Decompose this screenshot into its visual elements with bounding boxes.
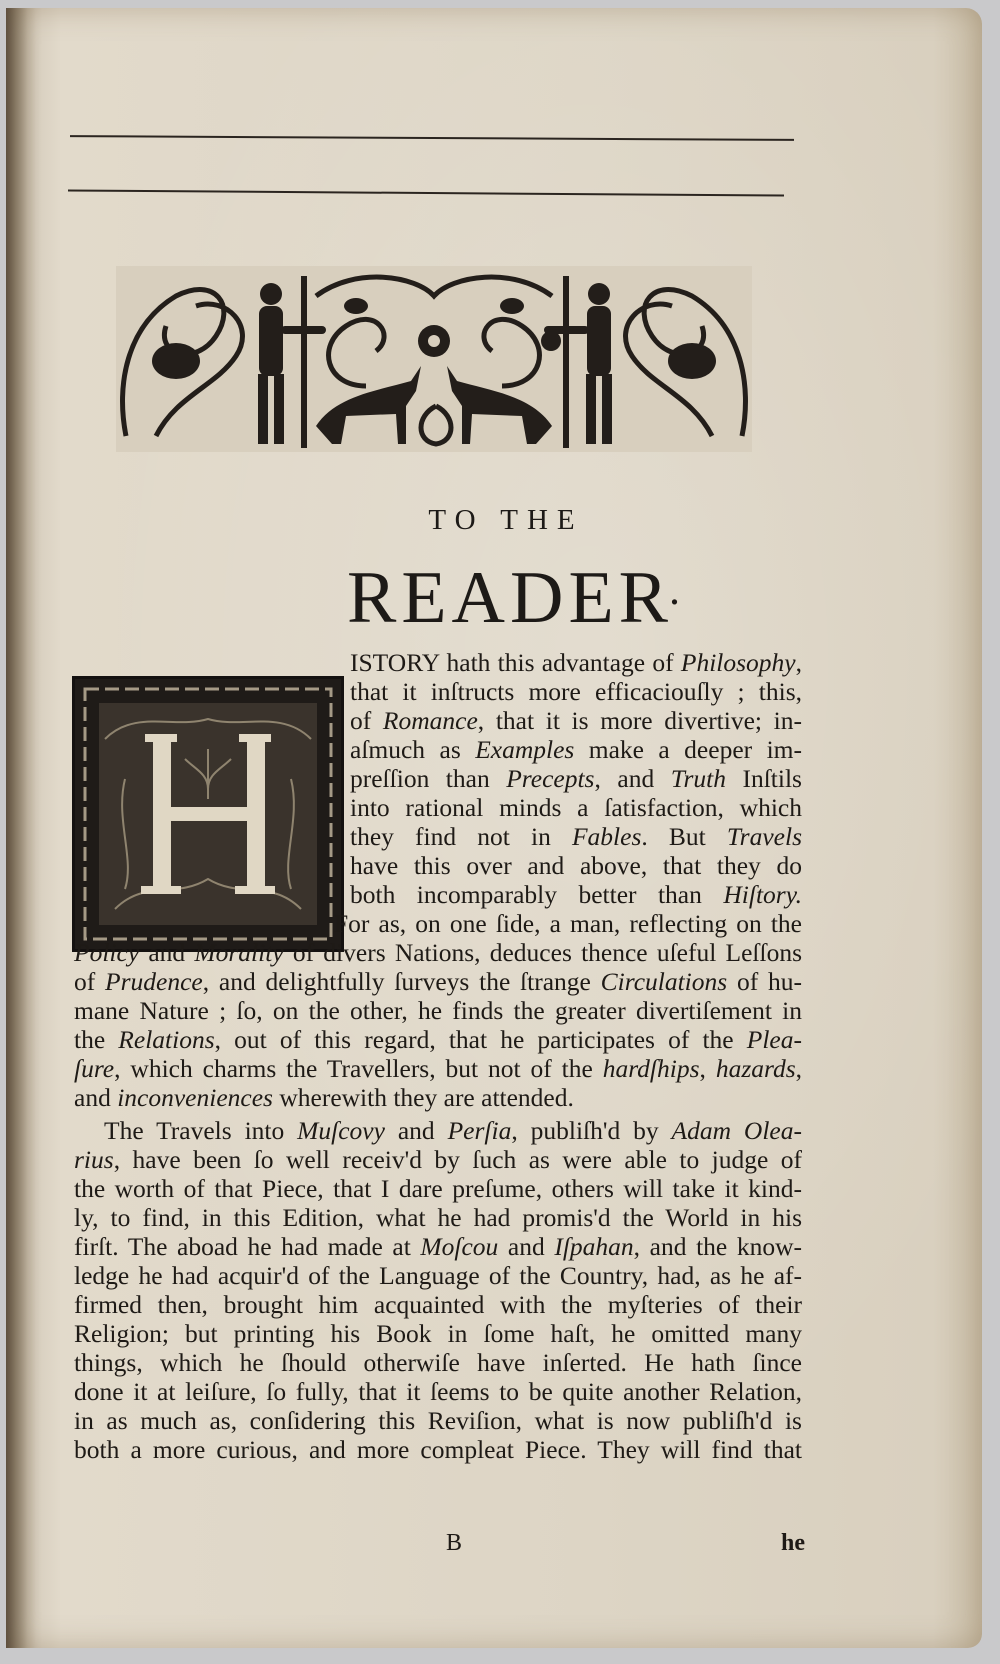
text-run: , [796,648,802,677]
italic-text: Muſcovy [297,1116,385,1145]
text-line: both a more curious, and more compleat P… [74,1435,802,1465]
text-line: things, which he ſhould otherwiſe have i… [74,1348,802,1378]
text-run: and [139,938,194,967]
text-run: , [796,1054,802,1083]
italic-text: Plea- [747,1025,802,1054]
italic-text: Moſcou [420,1232,498,1261]
signature-mark: B [446,1530,462,1557]
italic-text: Precepts [506,764,594,793]
text-run: , and delightfully ſurveys the ſtrange [203,967,601,996]
italic-text: Fables [572,822,641,851]
text-run: aſmuch as [350,735,475,764]
text-line: preſſion than Precepts, and Truth Inſtil… [350,764,802,794]
text-run: The Travels into [104,1116,297,1145]
text-run: , out of this regard, that he participat… [215,1025,747,1054]
text-line: Religion; but printing his Book in ſome … [74,1319,802,1349]
text-line: of Romance, that it is more divertive; i… [350,706,802,736]
text-run: and [385,1116,448,1145]
text-line: firmed then, brought him acquainted with… [74,1290,802,1320]
italic-text: Prudence [105,967,203,996]
text-run: both incomparably better than [350,880,723,909]
text-line: they find not in Fables. But Travels [350,822,802,852]
text-run: , and [595,764,671,793]
text-run: Inſtils [726,764,802,793]
text-run: both a more curious, and more compleat P… [74,1435,802,1464]
italic-text: Perſia [448,1116,512,1145]
decorated-initial-H-icon [72,676,344,952]
text-run: , which charms the Travellers, but not o… [114,1054,603,1083]
text-run: they find not in [350,822,572,851]
catchword: he [781,1530,805,1557]
text-line: mane Nature ; ſo, on the other, he finds… [74,996,802,1026]
ornamental-woodcut-headpiece-icon [116,266,752,452]
text-line: the worth of that Piece, that I dare pre… [74,1174,802,1204]
text-run: , publiſh'd by [511,1116,671,1145]
title-reader: READER. [6,556,1000,641]
text-run: of hu- [727,967,802,996]
title-mark: . [669,565,685,614]
text-run: and [74,1083,117,1112]
text-run: things, which he ſhould otherwiſe have i… [74,1348,802,1377]
text-run: , [700,1054,716,1083]
text-run: in as much as, conſidering this Reviſion… [74,1406,802,1435]
text-run: mane Nature ; ſo, on the other, he finds… [74,996,802,1025]
italic-text: ſure [74,1054,114,1083]
text-run: done it at leiſure, ſo fully, that it ſe… [74,1377,802,1406]
italic-text: Policy [74,938,139,967]
text-run: preſſion than [350,764,506,793]
text-run: that it inſtructs more efficaciouſly ; t… [350,677,802,706]
text-run: For as, on one ſide, a man, reflecting o… [334,909,802,938]
text-line: aſmuch as Examples make a deeper im- [350,735,802,765]
text-run: of [350,706,383,735]
text-line: ISTORY hath this advantage of Philosophy… [350,648,802,678]
text-run: firſt. The aboad he had made at [74,1232,420,1261]
text-line: ledge he had acquir'd of the Language of… [74,1261,802,1291]
italic-text: Travels [727,822,802,851]
text-line: that it inſtructs more efficaciouſly ; t… [350,677,802,707]
text-line: have this over and above, that they do [350,851,802,881]
text-line: of Prudence, and delightfully ſurveys th… [74,967,802,997]
title-to-the: TO THE [6,504,1000,537]
top-rule [70,135,794,141]
italic-text: Iſpahan [554,1232,633,1261]
text-line: done it at leiſure, ſo fully, that it ſe… [74,1377,802,1407]
text-line: ly, to find, in this Edition, what he ha… [74,1203,802,1233]
text-run: wherewith they are attended. [273,1083,574,1112]
italic-text: Hiſtory. [723,880,802,909]
text-run: into rational minds a ſatisfaction, whic… [350,793,802,822]
italic-text: Morality [194,938,283,967]
text-run: Religion; but printing his Book in ſome … [74,1319,802,1348]
text-line: For as, on one ſide, a man, reflecting o… [334,909,802,939]
text-line: both incomparably better than Hiſtory. [350,880,802,910]
text-run: the worth of that Piece, that I dare pre… [74,1174,802,1203]
italic-text: Truth [671,764,726,793]
text-line: into rational minds a ſatisfaction, whic… [350,793,802,823]
text-line: rius, have been ſo well receiv'd by ſuch… [74,1145,802,1175]
italic-text: Adam Olea- [672,1116,802,1145]
text-run: the [74,1025,118,1054]
italic-text: inconveniences [117,1083,273,1112]
text-line: The Travels into Muſcovy and Perſia, pub… [104,1116,802,1146]
text-run: and [498,1232,554,1261]
italic-text: Relations [118,1025,214,1054]
text-line: Policy and Morality of divers Nations, d… [74,938,802,968]
text-run: ledge he had acquir'd of the Language of… [74,1261,802,1290]
book-page: TO THE READER. ISTORY hath thi [6,8,982,1648]
text-run: have this over and above, that they do [350,851,802,880]
italic-text: rius [74,1145,114,1174]
text-run: of divers Nations, deduces thence uſeful… [284,938,802,967]
italic-text: Examples [475,735,574,764]
text-line: firſt. The aboad he had made at Moſcou a… [74,1232,802,1262]
text-run: , have been ſo well receiv'd by ſuch as … [114,1145,802,1174]
text-run: firmed then, brought him acquainted with… [74,1290,802,1319]
italic-text: hazards [716,1054,796,1083]
italic-text: hardſhips [603,1054,700,1083]
text-run: . But [641,822,727,851]
italic-text: Circulations [601,967,728,996]
title-reader-text: READER [347,557,673,639]
second-rule [68,190,784,197]
text-run: of [74,967,105,996]
text-run: make a deeper im- [574,735,802,764]
text-line: in as much as, conſidering this Reviſion… [74,1406,802,1436]
text-run: , that it is more divertive; in- [478,706,802,735]
text-line: ſure, which charms the Travellers, but n… [74,1054,802,1084]
text-line: and inconveniences wherewith they are at… [74,1083,802,1113]
text-run: , and the know- [634,1232,802,1261]
text-line: the Relations, out of this regard, that … [74,1025,802,1055]
italic-text: Romance [383,706,478,735]
text-run: ISTORY hath this advantage of [350,648,681,677]
text-run: ly, to find, in this Edition, what he ha… [74,1203,802,1232]
italic-text: Philosophy [681,648,796,677]
